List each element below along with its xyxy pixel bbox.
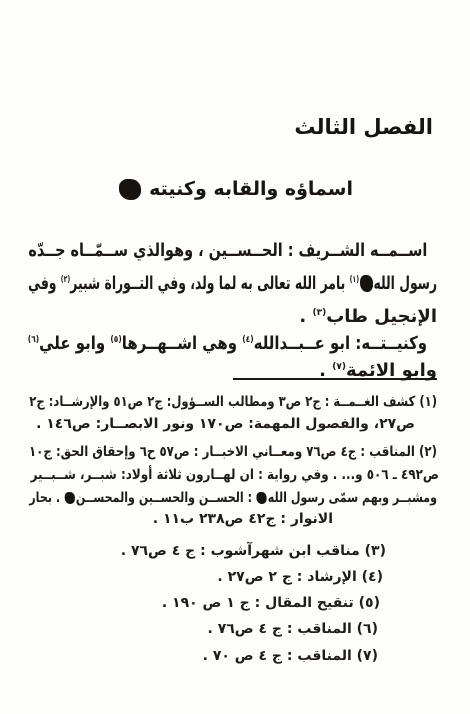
honorific-stamp-icon — [360, 275, 373, 292]
text-run: (٢) المناقب : ج٤ ص٧٦ ومعــاني الاخبــار … — [29, 444, 437, 460]
text-run: وابو علي — [39, 333, 110, 354]
footnote-marker: (٤) — [242, 335, 253, 345]
body-line: اســمــه الشــريف : الحــســين ، وهوالذي… — [109, 237, 437, 264]
footnote-marker: (٣) — [312, 308, 326, 318]
footnote-marker: (٦) — [28, 335, 39, 345]
text-run: : الحســن والحســين والمحســن — [76, 490, 256, 506]
footnote-marker: (٥) — [110, 335, 121, 345]
text-run: (٥) تنقيح المقال : ج ١ ص ١٩٠ . — [162, 595, 380, 611]
section-title: اسماؤه والقابه وكنيته — [118, 175, 353, 203]
text-run: الانوار : ج٤٢ ص٢٣٨ ب١١ . — [153, 511, 333, 527]
text-run: ص٢٧، والفصول المهمة: ص١٧٠ ونور الابصــار… — [36, 416, 415, 432]
text-run: (٣) مناقب ابن شهرآشوب : ج ٤ ص٧٦ . — [121, 543, 386, 559]
body-line: الإنجيل طاب(٣) . — [28, 303, 437, 330]
footnote-line: ص٢٧، والفصول المهمة: ص١٧٠ ونور الابصــار… — [36, 415, 415, 433]
text-run: بامر الله تعالى به لما ولد، وفي التــورا… — [70, 273, 349, 294]
chapter-title: الفصل الثالث — [294, 112, 433, 142]
footnote-line: (٦) المناقب : ج ٤ ص٧٦ . — [208, 620, 379, 638]
text-run: وهي اشــهــرها — [122, 333, 242, 354]
footnote-line: (٣) مناقب ابن شهرآشوب : ج ٤ ص٧٦ . — [121, 542, 386, 560]
footnote-line: ص٤٩٢ ـ ٥٠٦ و... . وفي رواية : ان لهــارو… — [91, 466, 439, 484]
footnote-line: (٤) الإرشاد : ج ٢ ص٢٧ . — [217, 568, 383, 586]
honorific-stamp-icon — [119, 179, 141, 200]
footnote-line: (٥) تنقيح المقال : ج ١ ص ١٩٠ . — [162, 594, 380, 612]
text-run: (١) كشف الغــمــة : ج٢ ص٣ ومطالب الســؤو… — [29, 394, 437, 410]
text-run: . — [299, 306, 312, 327]
text-run: الإنجيل طاب — [326, 306, 437, 327]
footnote-line: ومشبــر وبهم سمّى رسول الله : الحســن وا… — [114, 489, 437, 507]
text-run: (٤) الإرشاد : ج ٢ ص٢٧ . — [217, 569, 383, 585]
text-run: (٧) المناقب : ج ٤ ص ٧٠ . — [203, 648, 378, 664]
text-run: اسماؤه والقابه وكنيته — [142, 178, 353, 200]
body-line: وكنيــتــه: ابو عــبــدالله(٤) وهي اشــه… — [98, 330, 437, 357]
footnote-marker: (٧) — [332, 362, 346, 372]
book-page: الفصل الثالث اسماؤه والقابه وكنيته اســم… — [0, 0, 470, 714]
text-run: وكنيــتــه: ابو عــبــدالله — [254, 333, 427, 354]
text-run: . بحار — [29, 490, 64, 506]
text-run: ومشبــر وبهم سمّى رسول الله — [268, 490, 437, 506]
text-run: ص٤٩٢ ـ ٥٠٦ و... . وفي رواية : ان لهــارو… — [31, 467, 439, 483]
text-run: اســمــه الشــريف : الحــســين ، وهوالذي… — [28, 240, 427, 261]
footnote-line: (٧) المناقب : ج ٤ ص ٧٠ . — [203, 647, 378, 665]
footnote-line: (٢) المناقب : ج٤ ص٧٦ ومعــاني الاخبــار … — [94, 443, 437, 461]
honorific-stamp-icon — [257, 492, 267, 504]
footnote-divider — [233, 378, 437, 380]
body-line: رسول الله(١) بامر الله تعالى به لما ولد،… — [156, 270, 437, 297]
text-run: وفي — [28, 273, 61, 294]
text-run: (٦) المناقب : ج ٤ ص٧٦ . — [208, 621, 379, 637]
text-run: رسول الله — [373, 273, 437, 294]
honorific-stamp-icon — [65, 492, 75, 504]
footnote-marker: (١) — [350, 275, 359, 285]
footnote-line: (١) كشف الغــمــة : ج٢ ص٣ ومطالب الســؤو… — [99, 393, 437, 411]
footnote-marker: (٢) — [61, 275, 70, 285]
footnote-line: الانوار : ج٤٢ ص٢٣٨ ب١١ . — [153, 510, 333, 528]
